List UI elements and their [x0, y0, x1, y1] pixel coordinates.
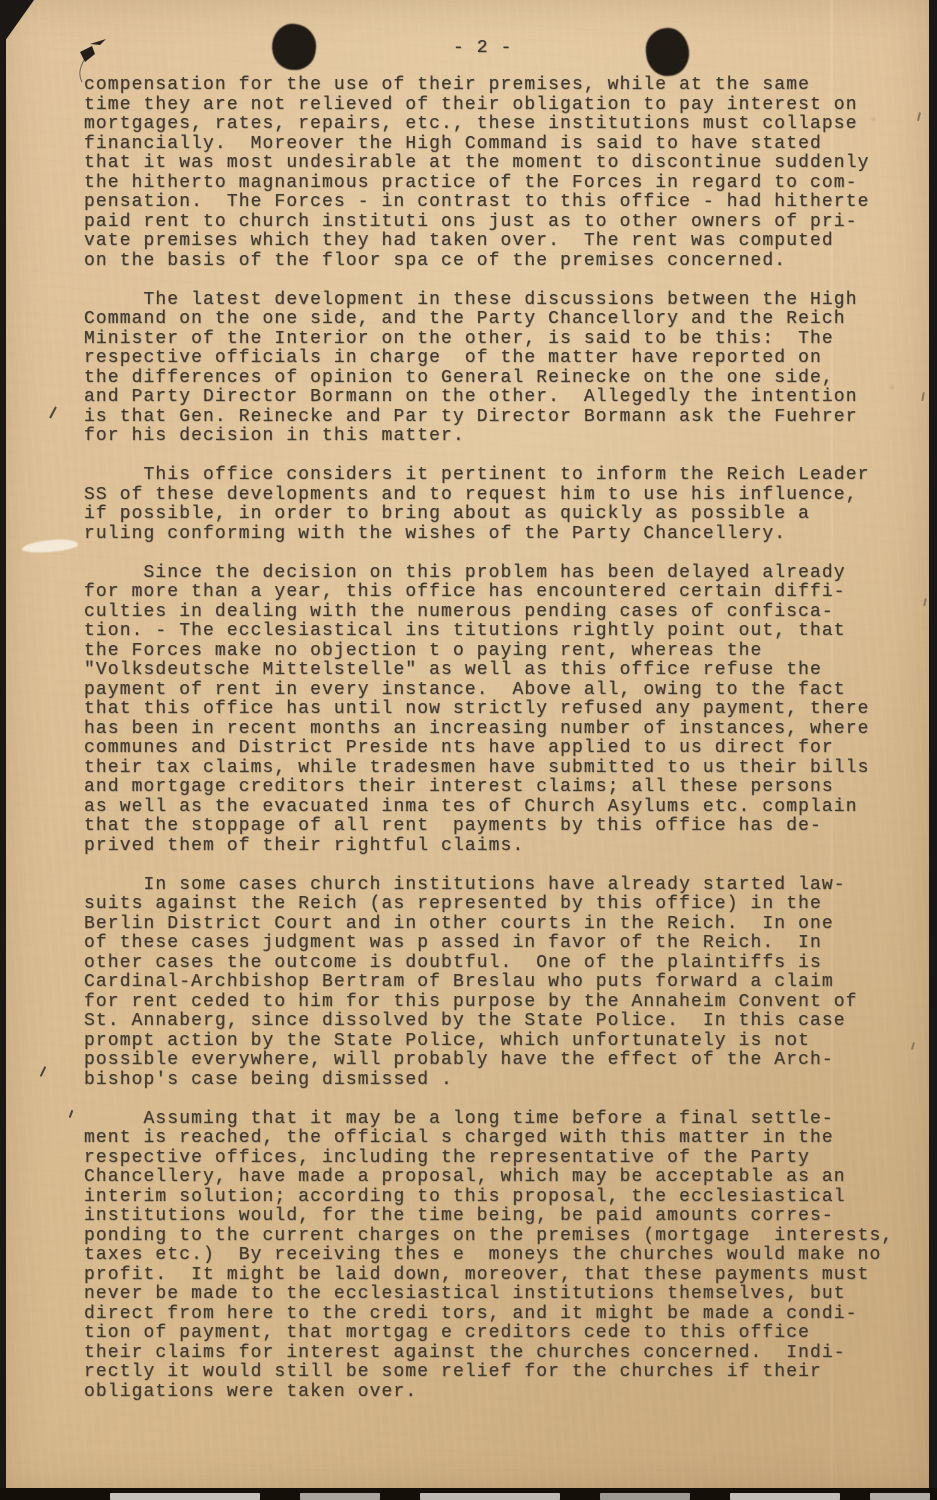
- paper-tear-mark: [76, 38, 136, 84]
- white-smudge: [22, 538, 79, 554]
- paper-sheet: - 2 - compensation for the use of their …: [6, 0, 929, 1491]
- page-stack-edge: [110, 1493, 260, 1500]
- document-body: compensation for the use of their premis…: [84, 76, 893, 1402]
- speck-mark: [911, 1042, 915, 1050]
- page-stack-edge: [870, 1493, 930, 1500]
- speck-mark: [917, 112, 921, 121]
- pen-slash-mark: [40, 1066, 47, 1077]
- speck-mark: [923, 598, 926, 606]
- pen-slash-mark: [49, 406, 57, 418]
- punch-hole-right-icon: [644, 26, 692, 78]
- punch-hole-left-icon: [269, 21, 319, 73]
- scanned-page: - 2 - compensation for the use of their …: [0, 0, 937, 1500]
- page-stack-edge: [600, 1493, 690, 1500]
- page-stack-edge: [730, 1493, 840, 1500]
- page-number: - 2 -: [453, 38, 513, 58]
- page-stack-edge: [420, 1493, 560, 1500]
- page-stack-edge: [300, 1493, 380, 1500]
- scan-bottom-edge: [0, 1488, 937, 1500]
- pen-comma-mark: [69, 1110, 74, 1118]
- speck-mark: [921, 392, 924, 401]
